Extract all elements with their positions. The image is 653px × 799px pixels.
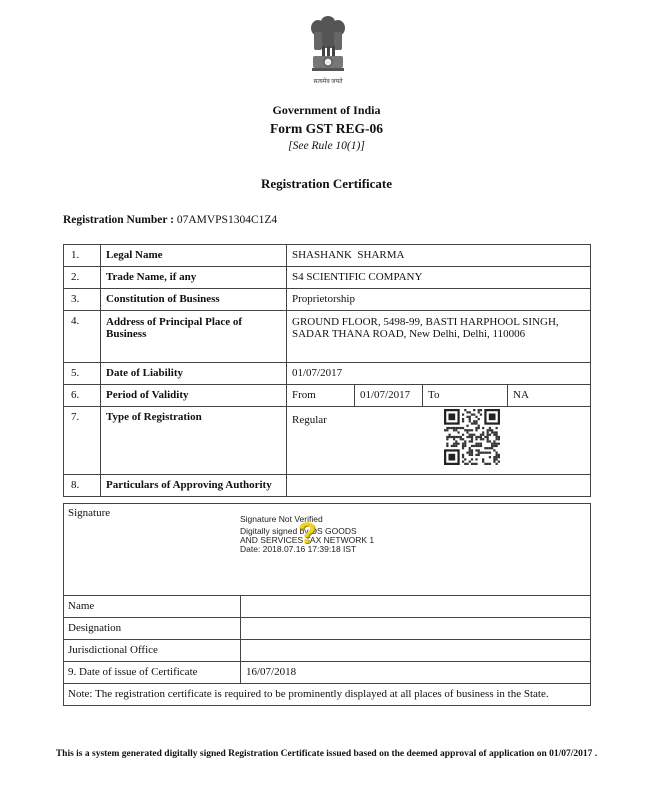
- table-row: 9. Date of issue of Certificate 16/07/20…: [64, 662, 591, 684]
- jurisdictional-office-value: [241, 640, 591, 662]
- details-table: 1. Legal Name SHASHANK SHARMA 2. Trade N…: [63, 244, 591, 497]
- validity-from-label: From: [287, 385, 355, 407]
- svg-text:सत्यमेव जयते: सत्यमेव जयते: [313, 77, 343, 85]
- designation-label: Designation: [64, 618, 241, 640]
- designation-value: [241, 618, 591, 640]
- row-label: Trade Name, if any: [101, 267, 287, 289]
- address-value: GROUND FLOOR, 5498-99, BASTI HARPHOOL SI…: [287, 311, 591, 363]
- row-number: 6.: [64, 385, 101, 407]
- government-heading: Government of India: [0, 103, 653, 118]
- table-row: 6. Period of Validity From 01/07/2017 To…: [64, 385, 591, 407]
- row-number: 7.: [64, 407, 101, 475]
- row-number: 1.: [64, 245, 101, 267]
- table-row: 7. Type of Registration Regular: [64, 407, 591, 475]
- validity-to-value: NA: [508, 385, 591, 407]
- signature-table: Signature Signature Not Verified Digital…: [63, 503, 591, 706]
- validity-from-value: 01/07/2017: [355, 385, 423, 407]
- authority-name-value: [241, 596, 591, 618]
- row-number: 3.: [64, 289, 101, 311]
- liability-date-value: 01/07/2017: [287, 363, 591, 385]
- registration-number-label: Registration Number :: [63, 214, 174, 226]
- validity-to-label: To: [423, 385, 508, 407]
- display-note: Note: The registration certificate is re…: [64, 684, 591, 706]
- registration-type-cell: Regular: [287, 407, 591, 475]
- row-label: Particulars of Approving Authority: [101, 475, 287, 497]
- jurisdictional-office-label: Jurisdictional Office: [64, 640, 241, 662]
- row-label: Date of Liability: [101, 363, 287, 385]
- signature-cell: Signature Signature Not Verified Digital…: [64, 504, 591, 596]
- approving-authority-value: [287, 475, 591, 497]
- row-number: 8.: [64, 475, 101, 497]
- rule-reference: [See Rule 10(1)]: [0, 140, 653, 152]
- table-row: 4. Address of Principal Place of Busines…: [64, 311, 591, 363]
- registration-number: Registration Number : 07AMVPS1304C1Z4: [63, 214, 277, 226]
- issue-date-value: 16/07/2018: [241, 662, 591, 684]
- signature-row: Signature Signature Not Verified Digital…: [64, 504, 591, 596]
- row-number: 4.: [64, 311, 101, 363]
- constitution-value: Proprietorship: [287, 289, 591, 311]
- table-row: Jurisdictional Office: [64, 640, 591, 662]
- unverified-question-icon: ?: [298, 519, 314, 549]
- row-number: 5.: [64, 363, 101, 385]
- authority-name-label: Name: [64, 596, 241, 618]
- row-number: 2.: [64, 267, 101, 289]
- trade-name-value: S4 SCIENTIFIC COMPANY: [287, 267, 591, 289]
- row-label: Address of Principal Place of Business: [101, 311, 287, 363]
- table-row: 2. Trade Name, if any S4 SCIENTIFIC COMP…: [64, 267, 591, 289]
- qr-code-icon: [444, 409, 500, 465]
- legal-name-value: SHASHANK SHARMA: [287, 245, 591, 267]
- national-emblem-icon: सत्यमेव जयते: [300, 8, 356, 88]
- table-row: 5. Date of Liability 01/07/2017: [64, 363, 591, 385]
- table-row: 1. Legal Name SHASHANK SHARMA: [64, 245, 591, 267]
- table-row: Note: The registration certificate is re…: [64, 684, 591, 706]
- table-row: Name: [64, 596, 591, 618]
- certificate-title: Registration Certificate: [0, 176, 653, 192]
- registration-number-value: 07AMVPS1304C1Z4: [177, 214, 277, 226]
- table-row: 3. Constitution of Business Proprietorsh…: [64, 289, 591, 311]
- registration-type-value: Regular: [292, 414, 585, 426]
- system-generated-footer: This is a system generated digitally sig…: [0, 749, 653, 759]
- signature-label: Signature: [68, 507, 110, 519]
- row-label: Constitution of Business: [101, 289, 287, 311]
- row-label: Legal Name: [101, 245, 287, 267]
- table-row: Designation: [64, 618, 591, 640]
- table-row: 8. Particulars of Approving Authority: [64, 475, 591, 497]
- issue-date-label: 9. Date of issue of Certificate: [64, 662, 241, 684]
- form-title: Form GST REG-06: [0, 121, 653, 137]
- row-label: Period of Validity: [101, 385, 287, 407]
- row-label: Type of Registration: [101, 407, 287, 475]
